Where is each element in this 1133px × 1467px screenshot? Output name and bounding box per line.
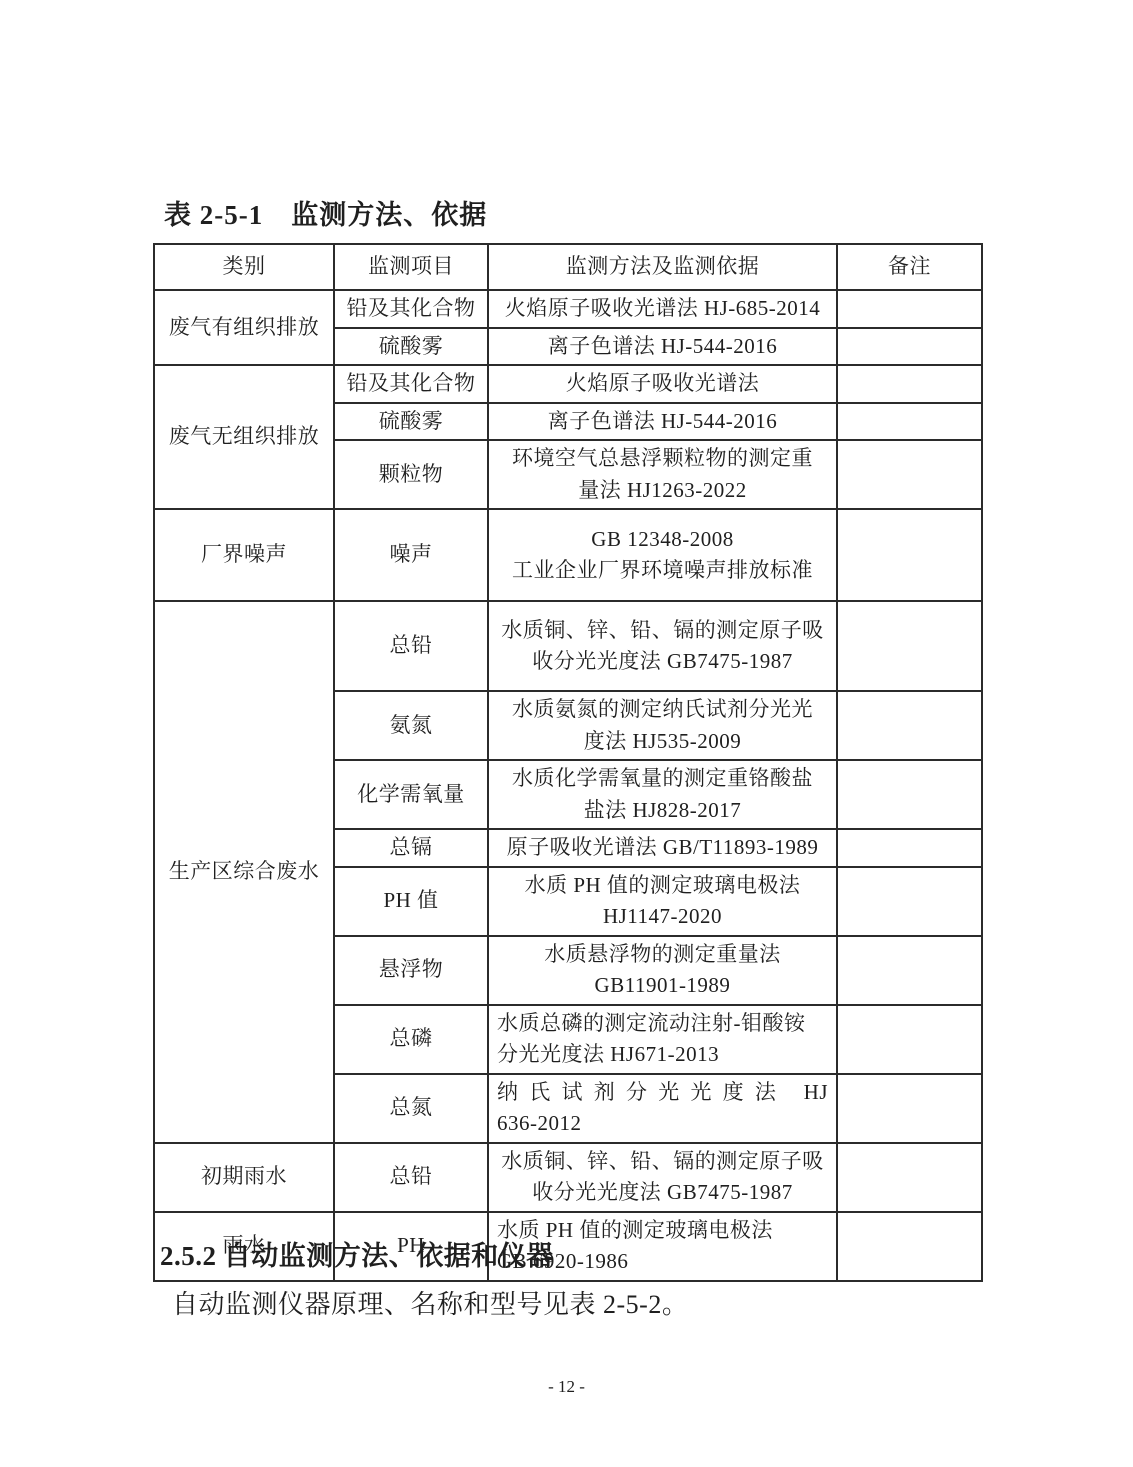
method-line: 水质 PH 值的测定玻璃电极法 <box>497 870 828 902</box>
table-row: 废气无组织排放铅及其化合物火焰原子吸收光谱法 <box>154 365 982 403</box>
method-line: GB11901-1989 <box>497 970 828 1002</box>
method-line: 盐法 HJ828-2017 <box>497 795 828 827</box>
header-item: 监测项目 <box>334 244 488 290</box>
monitoring-item-cell: 总铅 <box>334 1143 488 1212</box>
method-line: 水质总磷的测定流动注射-钼酸铵 <box>497 1008 828 1040</box>
method-line: 离子色谱法 HJ-544-2016 <box>497 331 828 363</box>
table-body: 废气有组织排放铅及其化合物火焰原子吸收光谱法 HJ-685-2014硫酸雾离子色… <box>154 290 982 1281</box>
method-line: 收分光光度法 GB7475-1987 <box>497 1177 828 1209</box>
method-line: 水质氨氮的测定纳氏试剂分光光 <box>497 694 828 726</box>
category-cell: 生产区综合废水 <box>154 601 334 1143</box>
method-line: 火焰原子吸收光谱法 HJ-685-2014 <box>497 293 828 325</box>
method-line: 度法 HJ535-2009 <box>497 726 828 758</box>
note-cell <box>837 328 982 366</box>
note-cell <box>837 1212 982 1281</box>
method-line: 工业企业厂界环境噪声排放标准 <box>497 555 828 587</box>
note-cell <box>837 829 982 867</box>
category-cell: 废气无组织排放 <box>154 365 334 509</box>
note-cell <box>837 760 982 829</box>
method-cell: 水质铜、锌、铅、镉的测定原子吸收分光光度法 GB7475-1987 <box>488 1143 837 1212</box>
table-row: 废气有组织排放铅及其化合物火焰原子吸收光谱法 HJ-685-2014 <box>154 290 982 328</box>
monitoring-item-cell: 总镉 <box>334 829 488 867</box>
note-cell <box>837 365 982 403</box>
monitoring-item-cell: 硫酸雾 <box>334 403 488 441</box>
note-cell <box>837 691 982 760</box>
monitoring-item-cell: 总氮 <box>334 1074 488 1143</box>
method-line: 水质化学需氧量的测定重铬酸盐 <box>497 763 828 795</box>
note-cell <box>837 509 982 601</box>
method-cell: GB 12348-2008工业企业厂界环境噪声排放标准 <box>488 509 837 601</box>
header-method: 监测方法及监测依据 <box>488 244 837 290</box>
monitoring-item-cell: 总铅 <box>334 601 488 691</box>
table-header: 类别 监测项目 监测方法及监测依据 备注 <box>154 244 982 290</box>
category-cell: 废气有组织排放 <box>154 290 334 365</box>
method-line: 火焰原子吸收光谱法 <box>497 368 828 400</box>
method-line: 636-2012 <box>497 1108 828 1140</box>
method-cell: 水质 PH 值的测定玻璃电极法HJ1147-2020 <box>488 867 837 936</box>
method-line: HJ1147-2020 <box>497 901 828 933</box>
section-heading: 2.5.2 自动监测方法、依据和仪器 <box>160 1234 554 1273</box>
method-line: 环境空气总悬浮颗粒物的测定重 <box>497 443 828 475</box>
table-row: 生产区综合废水总铅水质铜、锌、铅、镉的测定原子吸收分光光度法 GB7475-19… <box>154 601 982 691</box>
method-cell: 水质悬浮物的测定重量法GB11901-1989 <box>488 936 837 1005</box>
header-row: 类别 监测项目 监测方法及监测依据 备注 <box>154 244 982 290</box>
monitoring-item-cell: 化学需氧量 <box>334 760 488 829</box>
method-line: 纳氏试剂分光光度法 HJ <box>497 1077 828 1109</box>
category-cell: 初期雨水 <box>154 1143 334 1212</box>
header-note: 备注 <box>837 244 982 290</box>
page-number: - 12 - <box>0 1377 1133 1397</box>
table-row: 初期雨水总铅水质铜、锌、铅、镉的测定原子吸收分光光度法 GB7475-1987 <box>154 1143 982 1212</box>
note-cell <box>837 936 982 1005</box>
method-cell: 火焰原子吸收光谱法 HJ-685-2014 <box>488 290 837 328</box>
method-cell: 火焰原子吸收光谱法 <box>488 365 837 403</box>
method-line: 水质铜、锌、铅、镉的测定原子吸 <box>497 615 828 647</box>
method-line: 离子色谱法 HJ-544-2016 <box>497 406 828 438</box>
note-cell <box>837 440 982 509</box>
document-page: 表 2-5-1 监测方法、依据 类别 监测项目 监测方法及监测依据 备注 废气有… <box>0 0 1133 1467</box>
method-cell: 水质铜、锌、铅、镉的测定原子吸收分光光度法 GB7475-1987 <box>488 601 837 691</box>
method-line: 原子吸收光谱法 GB/T11893-1989 <box>497 832 828 864</box>
monitoring-item-cell: 颗粒物 <box>334 440 488 509</box>
monitoring-item-cell: 总磷 <box>334 1005 488 1074</box>
note-cell <box>837 1143 982 1212</box>
method-cell: 环境空气总悬浮颗粒物的测定重量法 HJ1263-2022 <box>488 440 837 509</box>
method-cell: 离子色谱法 HJ-544-2016 <box>488 328 837 366</box>
method-line: 量法 HJ1263-2022 <box>497 475 828 507</box>
table-title: 表 2-5-1 监测方法、依据 <box>164 193 487 232</box>
monitoring-item-cell: 铅及其化合物 <box>334 365 488 403</box>
monitoring-item-cell: 噪声 <box>334 509 488 601</box>
method-cell: 水质化学需氧量的测定重铬酸盐盐法 HJ828-2017 <box>488 760 837 829</box>
monitoring-item-cell: PH 值 <box>334 867 488 936</box>
monitoring-item-cell: 铅及其化合物 <box>334 290 488 328</box>
note-cell <box>837 601 982 691</box>
note-cell <box>837 290 982 328</box>
method-cell: 水质氨氮的测定纳氏试剂分光光度法 HJ535-2009 <box>488 691 837 760</box>
method-line: 收分光光度法 GB7475-1987 <box>497 646 828 678</box>
header-category: 类别 <box>154 244 334 290</box>
method-line: 分光光度法 HJ671-2013 <box>497 1039 828 1071</box>
note-cell <box>837 867 982 936</box>
note-cell <box>837 1005 982 1074</box>
method-line: GB 12348-2008 <box>497 524 828 556</box>
method-line: 水质悬浮物的测定重量法 <box>497 939 828 971</box>
monitoring-item-cell: 悬浮物 <box>334 936 488 1005</box>
monitoring-item-cell: 氨氮 <box>334 691 488 760</box>
method-line: 水质铜、锌、铅、镉的测定原子吸 <box>497 1146 828 1178</box>
table-row: 厂界噪声噪声GB 12348-2008工业企业厂界环境噪声排放标准 <box>154 509 982 601</box>
method-cell: 离子色谱法 HJ-544-2016 <box>488 403 837 441</box>
monitoring-table: 类别 监测项目 监测方法及监测依据 备注 废气有组织排放铅及其化合物火焰原子吸收… <box>153 243 983 1282</box>
method-cell: 纳氏试剂分光光度法 HJ636-2012 <box>488 1074 837 1143</box>
method-cell: 水质总磷的测定流动注射-钼酸铵分光光度法 HJ671-2013 <box>488 1005 837 1074</box>
note-cell <box>837 403 982 441</box>
monitoring-item-cell: 硫酸雾 <box>334 328 488 366</box>
note-cell <box>837 1074 982 1143</box>
method-cell: 原子吸收光谱法 GB/T11893-1989 <box>488 829 837 867</box>
body-paragraph: 自动监测仪器原理、名称和型号见表 2-5-2。 <box>172 1284 688 1321</box>
category-cell: 厂界噪声 <box>154 509 334 601</box>
